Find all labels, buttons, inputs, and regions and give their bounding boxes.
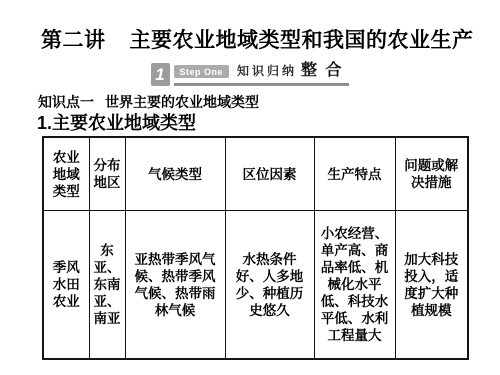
cell-solution: 加大科技投入，适度扩大种植规模 [395, 211, 468, 360]
page-title: 第二讲主要农业地域类型和我国的农业生产 [41, 24, 481, 54]
page-title-prefix: 第二讲 [41, 29, 106, 52]
cell-production: 小农经营、单产高、商品率低、机械化水平低、科技水平低、水利工程量大 [314, 211, 395, 360]
cell-location: 水热条件好、人多地少、种植历史悠久 [225, 211, 314, 360]
table-header-row: 农业地域类型 分布地区 气候类型 区位因素 生产特点 问题或解决措施 [43, 137, 468, 211]
step-one-badge: Step One [174, 65, 230, 78]
banner-label-large: 整 合 [301, 57, 343, 80]
banner-label-small: 知识归纳 [237, 62, 297, 79]
step-banner: 1 Step One 知识归纳 整 合 [0, 57, 500, 86]
knowledge-point-label: 知识点一 [38, 94, 94, 110]
agriculture-types-table: 农业地域类型 分布地区 气候类型 区位因素 生产特点 问题或解决措施 季风水田农… [42, 136, 469, 360]
header-cell-distribution: 分布地区 [89, 137, 125, 211]
header-cell-solution: 问题或解决措施 [395, 137, 468, 211]
cell-climate: 亚热带季风气候、热带季风气候、热带雨林气候 [125, 211, 225, 360]
cell-type: 季风水田农业 [43, 211, 89, 360]
step-number-icon: 1 [151, 63, 170, 86]
step-banner-underline: Step One 知识归纳 整 合 [174, 57, 350, 86]
subsection-title: 1.主要农业地域类型 [37, 109, 196, 135]
header-cell-type: 农业地域类型 [43, 137, 89, 211]
knowledge-point-text: 世界主要的农业地域类型 [105, 94, 259, 110]
slide: 第二讲主要农业地域类型和我国的农业生产 1 Step One 知识归纳 整 合 … [0, 0, 500, 375]
page-title-main: 主要农业地域类型和我国的农业生产 [130, 29, 474, 52]
header-cell-production: 生产特点 [314, 137, 395, 211]
table-row: 季风水田农业 东亚、东南亚、南亚 亚热带季风气候、热带季风气候、热带雨林气候 水… [43, 211, 468, 360]
header-cell-climate: 气候类型 [125, 137, 225, 211]
header-cell-location: 区位因素 [225, 137, 314, 211]
cell-distribution: 东亚、东南亚、南亚 [89, 211, 125, 360]
